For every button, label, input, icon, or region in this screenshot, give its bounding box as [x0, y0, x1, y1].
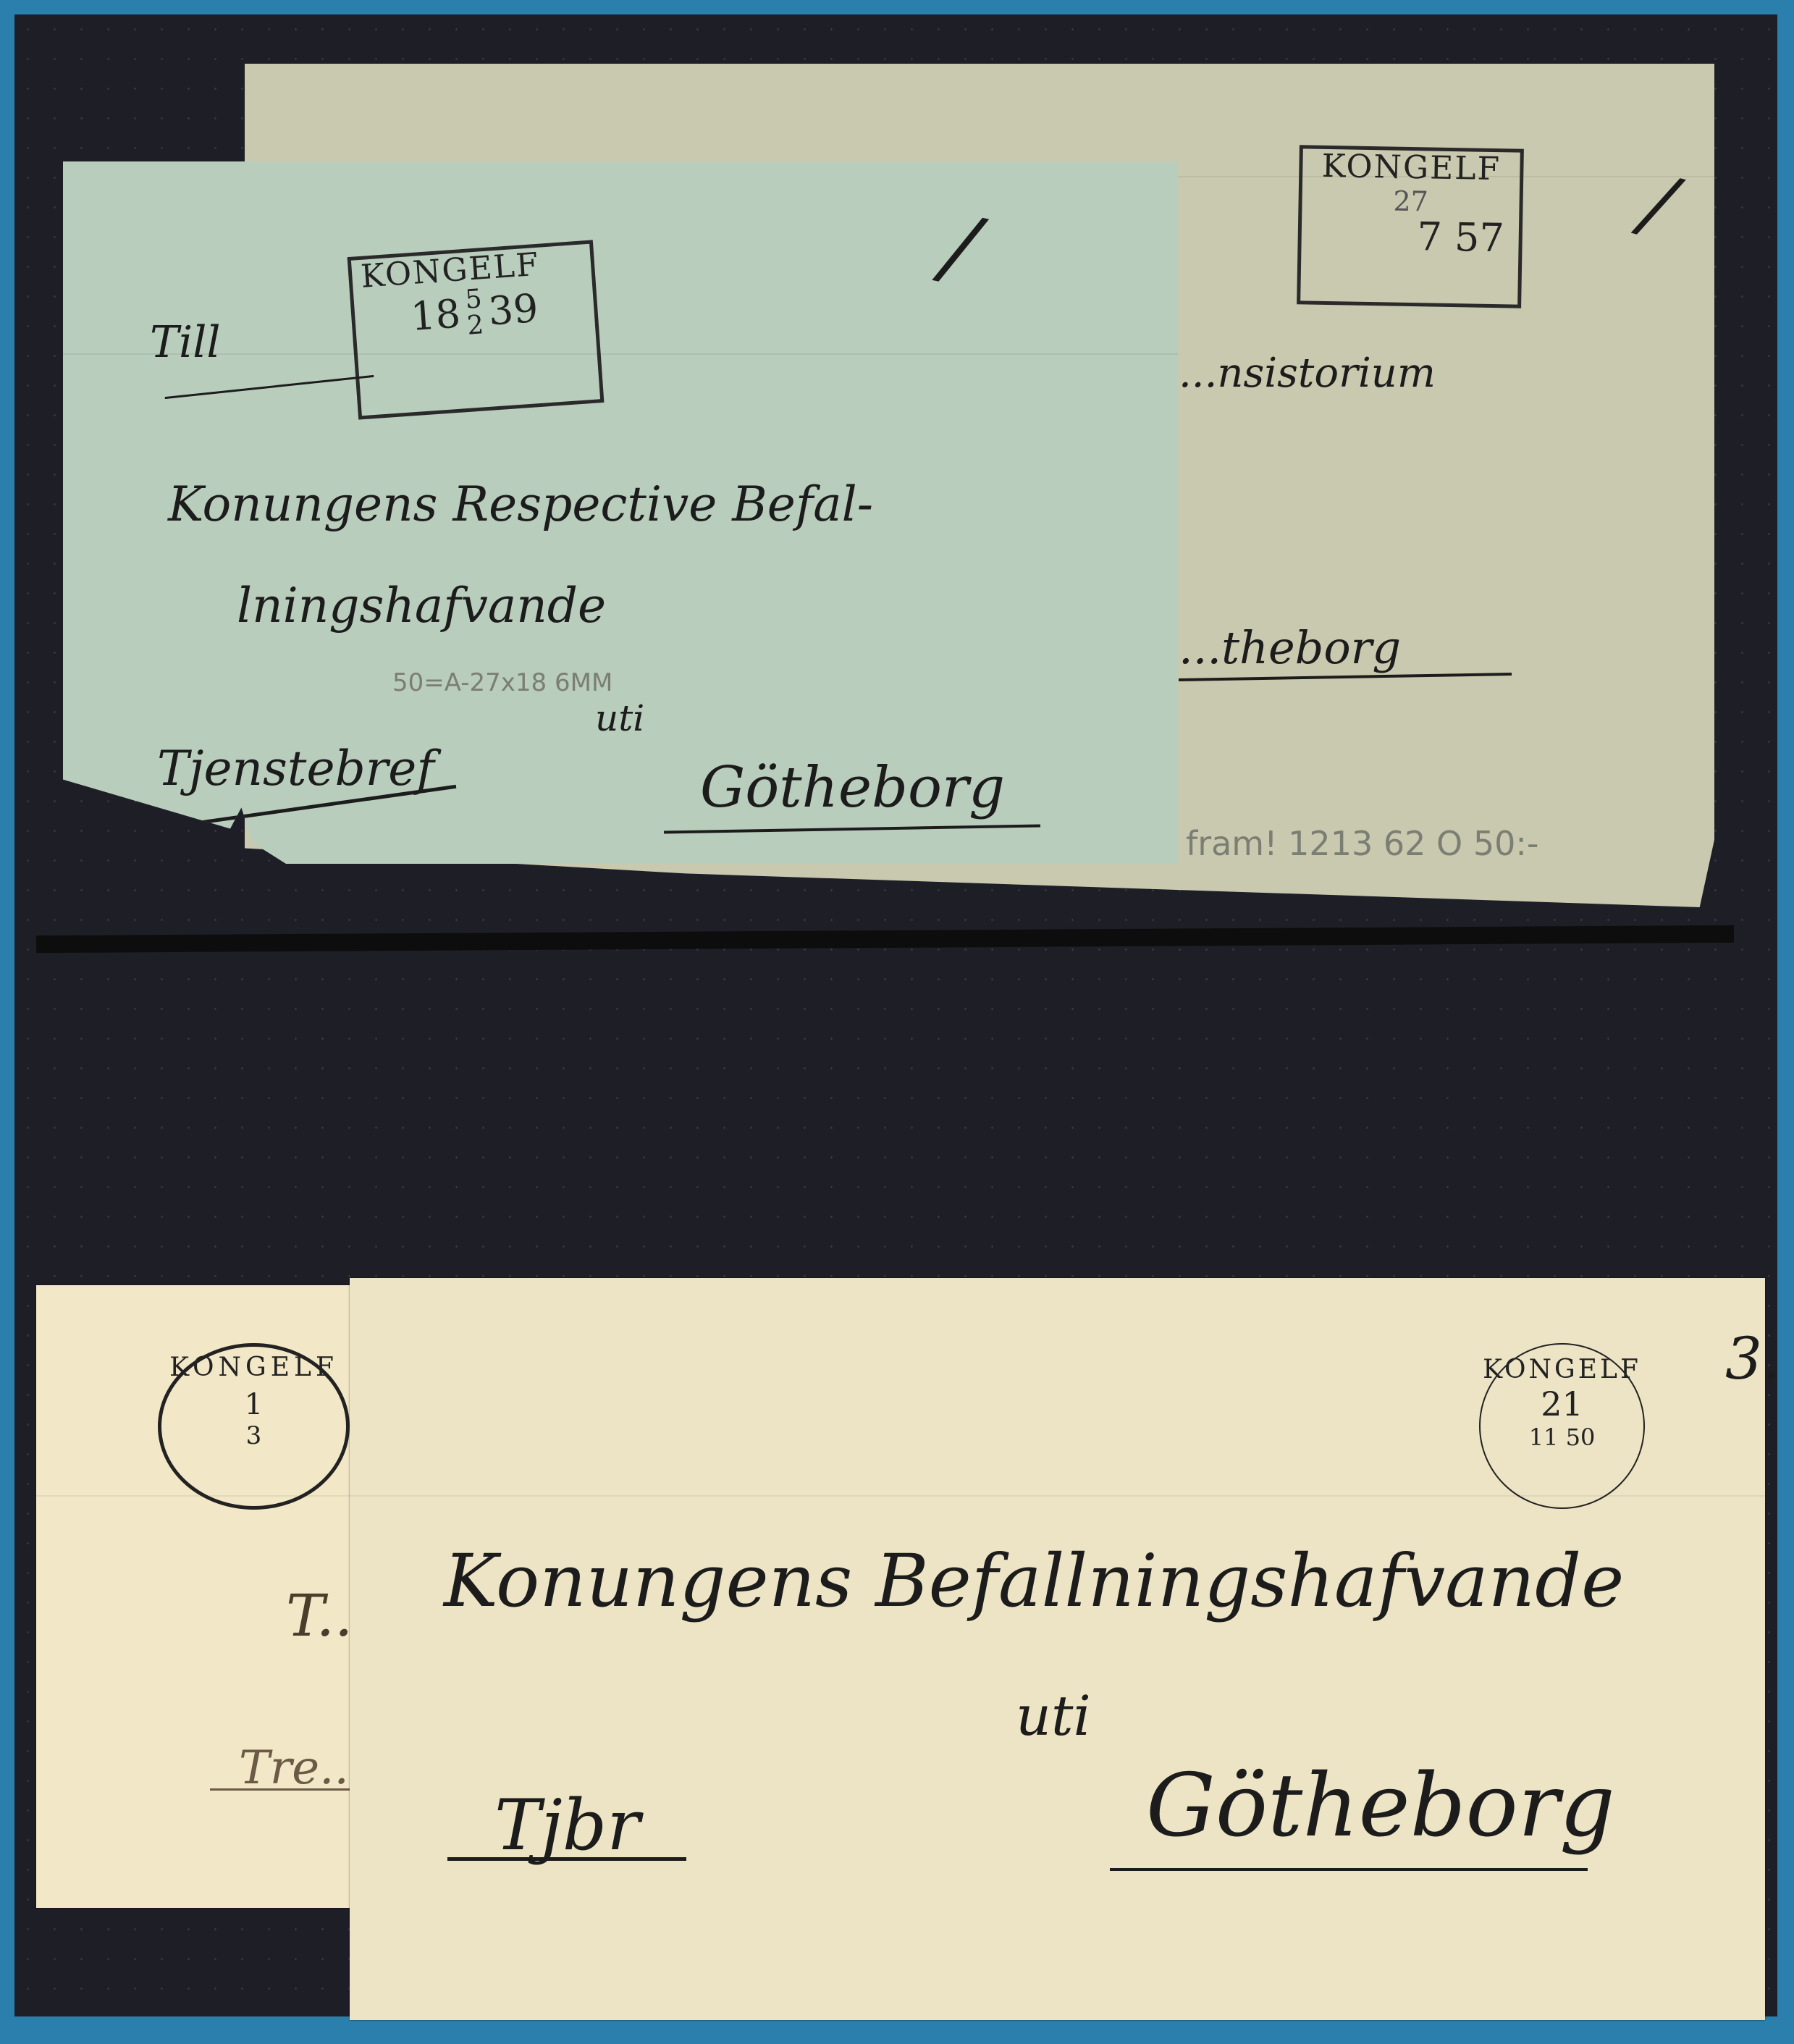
address-underline: [1110, 1868, 1588, 1871]
rate-mark: 3.: [1725, 1325, 1780, 1392]
postmark-town: KONGELF: [1481, 1355, 1643, 1384]
endorsement-tjbr: Tjbr: [494, 1785, 640, 1866]
address-uti: uti: [595, 697, 644, 739]
address-fragment: Tre...: [239, 1741, 363, 1795]
postmark-day: 5: [464, 287, 482, 314]
postmark-framed: KONGELF 27 7 57: [1297, 145, 1524, 308]
postmark-year: 50: [1566, 1423, 1596, 1451]
address-line-2: lningshafvande: [237, 578, 606, 634]
address-line-1: Konungens Befallningshafvande: [444, 1539, 1624, 1623]
address-fragment: ...nsistorium: [1179, 350, 1436, 397]
address-city: Götheborg: [1146, 1756, 1615, 1856]
album-divider-strip: [36, 925, 1734, 953]
pencil-catalog-note: 50=A-27x18 6MM: [392, 668, 612, 697]
postmark-framed: KONGELF 18 5 2 39: [348, 240, 605, 419]
address-uti: uti: [1016, 1683, 1091, 1748]
postmark-circular: KONGELF 21 11 50: [1479, 1343, 1645, 1509]
postmark-town: KONGELF: [1302, 148, 1520, 188]
rate-mark: /: [936, 195, 985, 300]
postmark-month: 3: [161, 1421, 346, 1450]
postmark-month: 2: [466, 313, 484, 340]
pencil-price-note: fram! 1213 62 O 50:-: [1186, 824, 1538, 863]
address-line-1: Konungens Respective Befal-: [168, 476, 873, 532]
address-fragment: ...theborg: [1179, 621, 1401, 674]
postmark-day: 1: [161, 1388, 346, 1421]
cover-top-front: KONGELF 18 5 2 39 / Till Konungens Respe…: [63, 161, 1178, 864]
address-underline: [165, 375, 374, 399]
postmark-town: KONGELF: [161, 1353, 346, 1382]
cover-bottom-front: KONGELF 21 11 50 3. Konungens Befallning…: [350, 1278, 1765, 2020]
endorsement-tjenstebref: Tjenstebref: [157, 741, 434, 796]
postmark-year: 39: [487, 289, 539, 332]
postmark-day: 27: [1302, 184, 1520, 219]
address-city: Götheborg: [700, 755, 1005, 820]
album-page: KONGELF 27 7 57 / ...nsistorium ...thebo…: [14, 14, 1777, 2016]
rate-mark: /: [1634, 156, 1684, 252]
postmark-circular: KONGELF 1 3: [158, 1343, 350, 1510]
cover-bottom-back: KONGELF 1 3 T... Tre...: [36, 1285, 384, 1908]
postmark-year-prefix: 18: [410, 295, 462, 337]
endorsement-underline: [447, 1857, 686, 1861]
address-underline: [210, 1788, 355, 1791]
postmark-date: 7 57: [1301, 216, 1519, 258]
postmark-day: 21: [1481, 1384, 1643, 1423]
postmark-month: 11: [1529, 1423, 1559, 1451]
address-till: Till: [150, 317, 221, 368]
fold-line: [63, 353, 1178, 355]
address-underline: [664, 824, 1040, 833]
